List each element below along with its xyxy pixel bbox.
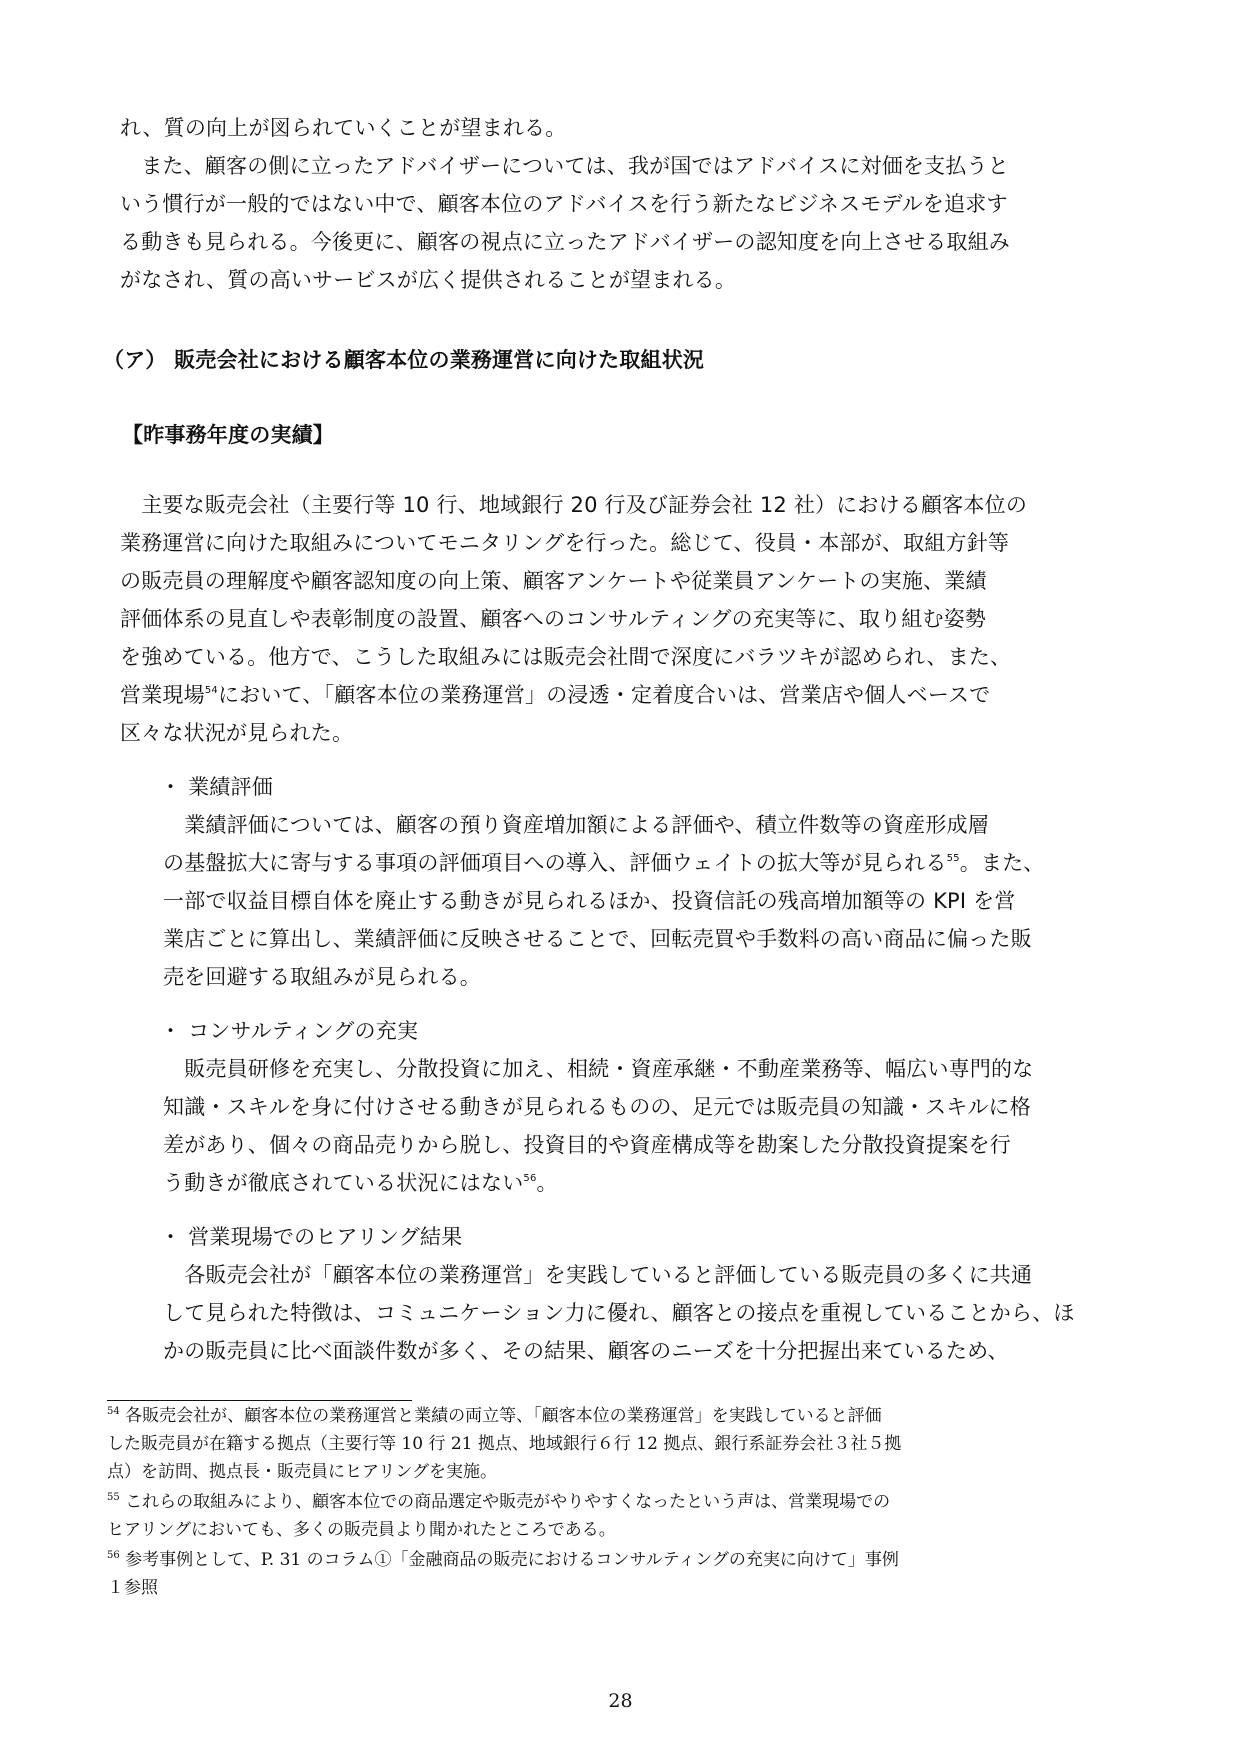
page-number: 28 bbox=[0, 1690, 1241, 1712]
body-text-line: がなされ、質の高いサービスが広く提供されることが望まれる。 bbox=[120, 265, 736, 295]
footnote-line: １参照 bbox=[107, 1576, 158, 1600]
footnote-number: 55 bbox=[107, 1492, 120, 1503]
footnote-line: ヒアリングにおいても、多くの販売員より聞かれたところである。 bbox=[107, 1518, 616, 1542]
footnote-ref-55[interactable]: 55 bbox=[947, 853, 960, 864]
bullet-heading: ・ コンサルティングの充実 bbox=[160, 1016, 418, 1046]
body-text-line: 区々な状況が見られた。 bbox=[120, 718, 353, 748]
section-subheading: 【昨事務年度の実績】 bbox=[122, 420, 334, 450]
body-text-line: また、顧客の側に立ったアドバイザーについては、我が国ではアドバイスに対価を支払う… bbox=[120, 151, 1009, 181]
body-text-line: 差があり、個々の商品売りから脱し、投資目的や資産構成等を勘案した分散投資提案を行 bbox=[163, 1130, 1011, 1160]
body-text-line: 売を回避する取組みが見られる。 bbox=[163, 962, 481, 992]
body-text-line: 各販売会社が「顧客本位の業務運営」を実践していると評価している販売員の多くに共通 bbox=[163, 1260, 1032, 1290]
body-text-line: の基盤拡大に寄与する事項の評価項目への導入、評価ウェイトの拡大等が見られる55。… bbox=[163, 848, 1045, 878]
section-heading: （ア） 販売会社における顧客本位の業務運営に向けた取組状況 bbox=[103, 345, 704, 375]
bullet-icon: ・ bbox=[160, 1225, 181, 1249]
body-text-line: して見られた特徴は、コミュニケーション力に優れ、顧客との接点を重視していることか… bbox=[163, 1298, 1075, 1328]
body-text-line: を強めている。他方で、こうした取組みには販売会社間で深度にバラツキが認められ、ま… bbox=[120, 642, 1011, 672]
body-text-line: 業店ごとに算出し、業績評価に反映させることで、回転売買や手数料の高い商品に偏った… bbox=[163, 924, 1032, 954]
body-text-line: う動きが徹底されている状況にはない56。 bbox=[163, 1168, 558, 1198]
bullet-icon: ・ bbox=[160, 775, 181, 799]
body-text-line: 販売員研修を充実し、分散投資に加え、相続・資産承継・不動産業務等、幅広い専門的な bbox=[163, 1054, 1033, 1084]
body-text-line: かの販売員に比べ面談件数が多く、その結果、顧客のニーズを十分把握出来ているため、 bbox=[163, 1336, 1009, 1366]
body-text-line: 知識・スキルを身に付けさせる動きが見られるものの、足元では販売員の知識・スキルに… bbox=[163, 1092, 1031, 1122]
body-text-line: れ、質の向上が図られていくことが望まれる。 bbox=[120, 113, 566, 143]
footnote-55: 55 これらの取組みにより、顧客本位での商品選定や販売がやりやすくなったという声… bbox=[107, 1490, 890, 1514]
body-text-line: 営業現場54において、「顧客本位の業務運営」の浸透・定着度合いは、営業店や個人ベ… bbox=[120, 680, 990, 710]
body-text-line: る動きも見られる。今後更に、顧客の視点に立ったアドバイザーの認知度を向上させる取… bbox=[120, 227, 1010, 257]
body-text-line: いう慣行が一般的ではない中で、顧客本位のアドバイスを行う新たなビジネスモデルを追… bbox=[120, 189, 1008, 219]
footnote-line: した販売員が在籍する拠点（主要行等 10 行 21 拠点、地域銀行６行 12 拠… bbox=[107, 1432, 901, 1456]
footnote-number: 56 bbox=[107, 1550, 120, 1561]
body-text-line: 一部で収益目標自体を廃止する動きが見られるほか、投資信託の残高増加額等の KPI… bbox=[163, 886, 1016, 916]
footnote-ref-54[interactable]: 54 bbox=[205, 685, 218, 696]
bullet-title: コンサルティングの充実 bbox=[188, 1019, 418, 1043]
bullet-heading: ・ 営業現場でのヒアリング結果 bbox=[160, 1222, 462, 1252]
footnote-54: 54 各販売会社が、顧客本位の業務運営と業績の両立等、「顧客本位の業務運営」を実… bbox=[107, 1404, 882, 1428]
footnote-number: 54 bbox=[107, 1406, 120, 1417]
bullet-heading: ・ 業績評価 bbox=[160, 772, 273, 802]
body-text-line: 評価体系の見直しや表彰制度の設置、顧客へのコンサルティングの充実等に、取り組む姿… bbox=[120, 604, 986, 634]
footnote-ref-56[interactable]: 56 bbox=[523, 1173, 536, 1184]
body-text-line: の販売員の理解度や顧客認知度の向上策、顧客アンケートや従業員アンケートの実施、業… bbox=[120, 566, 987, 596]
footnote-line: 点）を訪問、拠点長・販売員にヒアリングを実施。 bbox=[107, 1460, 497, 1484]
bullet-title: 営業現場でのヒアリング結果 bbox=[188, 1225, 462, 1249]
footnote-separator bbox=[107, 1400, 412, 1401]
bullet-title: 業績評価 bbox=[188, 775, 273, 799]
body-text-line: 業務運営に向けた取組みについてモニタリングを行った。総じて、役員・本部が、取組方… bbox=[120, 528, 1009, 558]
document-page: れ、質の向上が図られていくことが望まれる。 また、顧客の側に立ったアドバイザーに… bbox=[0, 0, 1241, 1754]
body-text-line: 主要な販売会社（主要行等 10 行、地域銀行 20 行及び証券会社 12 社）に… bbox=[120, 490, 1027, 520]
footnote-56: 56 参考事例として、P. 31 のコラム①「金融商品の販売におけるコンサルティ… bbox=[107, 1548, 899, 1572]
body-text-line: 業績評価については、顧客の預り資産増加額による評価や、積立件数等の資産形成層 bbox=[163, 810, 989, 840]
bullet-icon: ・ bbox=[160, 1019, 181, 1043]
